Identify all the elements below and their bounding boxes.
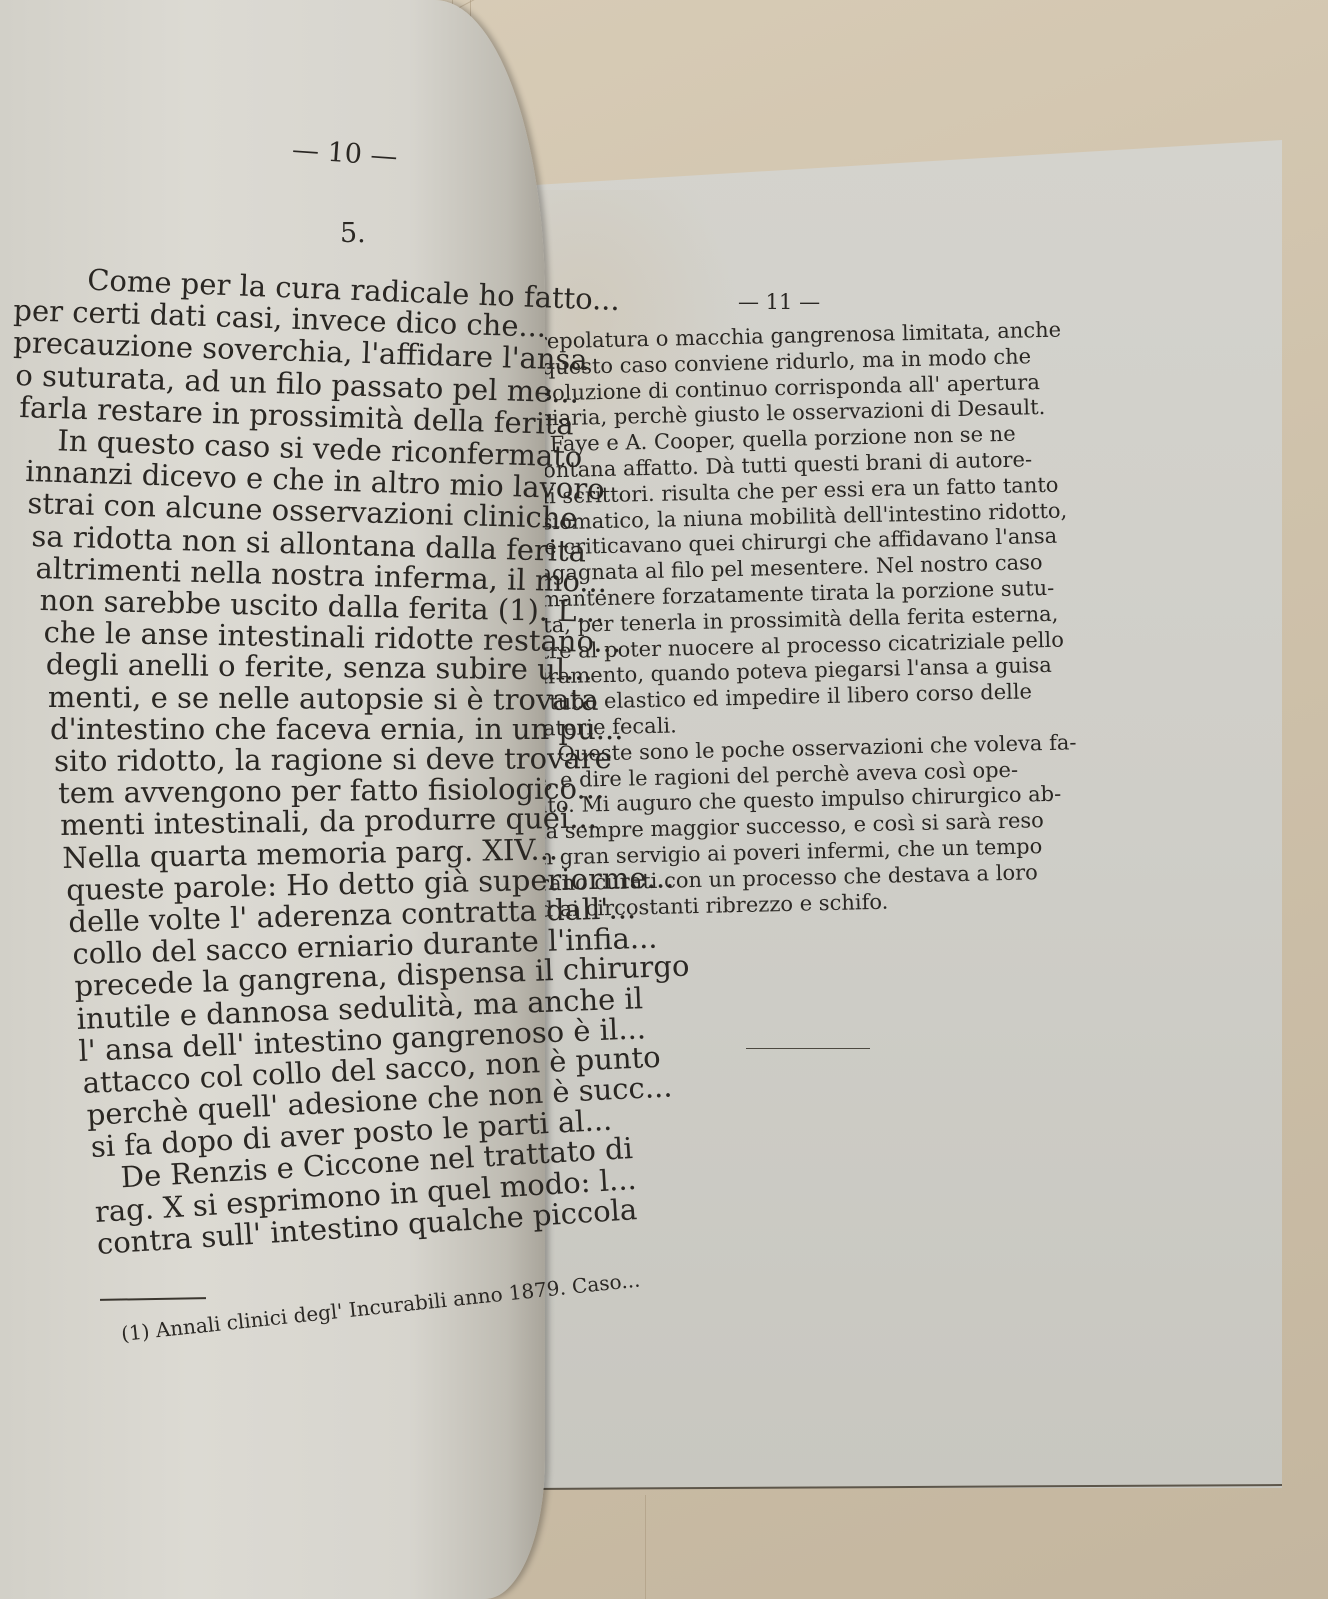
end-rule bbox=[746, 1048, 870, 1049]
right-page-number: — 11 — bbox=[738, 290, 820, 314]
text-line: d'intestino che faceva ernia, in un pu..… bbox=[50, 713, 665, 745]
left-page-body: Come per la cura radicale ho fatto... pe… bbox=[14, 262, 629, 1260]
section-number: 5. bbox=[340, 218, 366, 249]
table-seam-line bbox=[645, 1495, 646, 1599]
text-line: menti, e se nelle autopsie si è trovata bbox=[48, 681, 663, 716]
